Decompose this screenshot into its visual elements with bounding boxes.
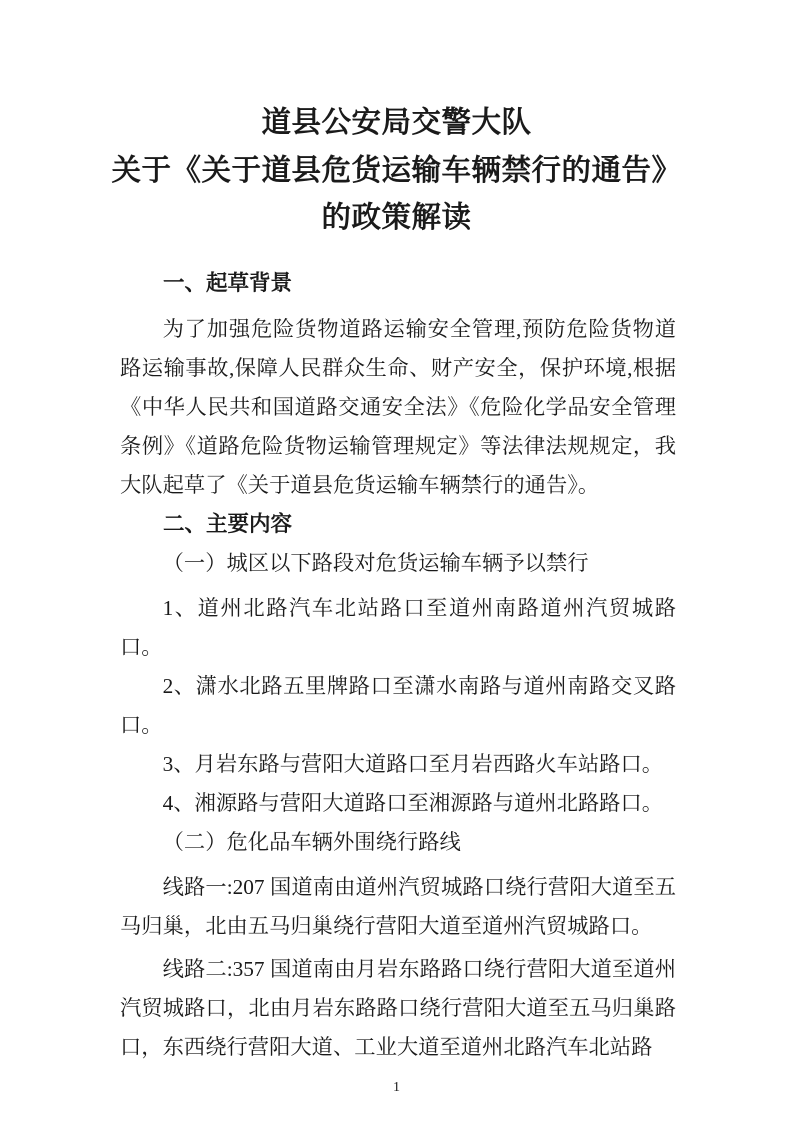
sub-heading-2: （二）危化品车辆外围绕行路线: [120, 823, 676, 862]
list-item-4: 4、湘源路与营阳大道路口至湘源路与道州北路路口。: [120, 784, 676, 823]
page-footer: 1: [0, 1075, 793, 1101]
document-title-line-3: 的政策解读: [0, 195, 793, 243]
document-title: 道县公安局交警大队 关于《关于道县危货运输车辆禁行的通告》 的政策解读: [0, 0, 793, 243]
list-item-3: 3、月岩东路与营阳大道路口至月岩西路火车站路口。: [120, 745, 676, 784]
paragraph-route-1: 线路一:207 国道南由道州汽贸城路口绕行营阳大道至五马归巢，北由五马归巢绕行营…: [120, 868, 676, 946]
document-page: 道县公安局交警大队 关于《关于道县危货运输车辆禁行的通告》 的政策解读 一、起草…: [0, 0, 793, 1122]
page-number: 1: [393, 1080, 400, 1095]
document-title-line-2: 关于《关于道县危货运输车辆禁行的通告》: [0, 148, 793, 196]
document-title-line-1: 道县公安局交警大队: [0, 100, 793, 148]
list-item-2: 2、潇水北路五里牌路口至潇水南路与道州南路交叉路口。: [120, 667, 676, 745]
sub-heading-1: （一）城区以下路段对危货运输车辆予以禁行: [120, 544, 676, 583]
document-body: 一、起草背景 为了加强危险货物道路运输安全管理,预防危险货物道路运输事故,保障人…: [0, 264, 793, 1067]
paragraph-background: 为了加强危险货物道路运输安全管理,预防危险货物道路运输事故,保障人民群众生命、财…: [120, 310, 676, 505]
section-heading-1: 一、起草背景: [120, 264, 676, 303]
section-heading-2: 二、主要内容: [120, 505, 676, 544]
list-item-1: 1、道州北路汽车北站路口至道州南路道州汽贸城路口。: [120, 589, 676, 667]
paragraph-route-2: 线路二:357 国道南由月岩东路路口绕行营阳大道至道州汽贸城路口，北由月岩东路路…: [120, 950, 676, 1067]
